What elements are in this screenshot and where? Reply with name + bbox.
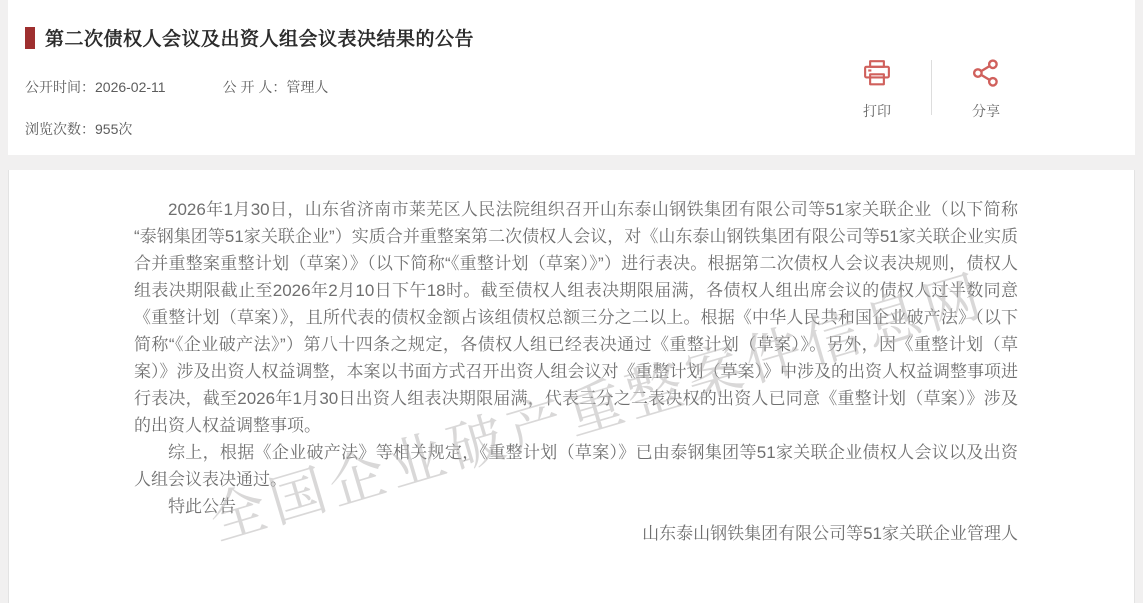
publisher-value: 管理人 [286,79,328,95]
publish-time-value: 2026-02-11 [95,79,166,95]
meta-row-2: 浏览次数：955次 [25,119,1135,139]
announcement-body-panel: 全国企业破产重整案件信息网 2026年1月30日，山东省济南市莱芜区人民法院组织… [8,170,1135,603]
announcement-text: 2026年1月30日，山东省济南市莱芜区人民法院组织召开山东泰山钢铁集团有限公司… [134,170,1018,547]
title-bullet-marker [25,27,35,49]
share-nodes-icon [971,58,1001,88]
paragraph-1: 2026年1月30日，山东省济南市莱芜区人民法院组织召开山东泰山钢铁集团有限公司… [134,196,1018,439]
publisher: 公 开 人：管理人 [223,77,329,97]
title-row: 第二次债权人会议及出资人组会议表决结果的公告 [25,24,1135,51]
announcement-page: { "page": { "background_color": "#f1f0f0… [0,0,1143,603]
view-count-value: 955次 [95,121,132,137]
announcement-header: 第二次债权人会议及出资人组会议表决结果的公告 公开时间：2026-02-11 公… [8,0,1135,155]
share-label: 分享 [972,101,1000,121]
signature-line: 山东泰山钢铁集团有限公司等51家关联企业管理人 [134,520,1018,547]
view-count: 浏览次数：955次 [25,119,132,139]
view-count-label: 浏览次数： [25,121,95,137]
page-title: 第二次债权人会议及出资人组会议表决结果的公告 [45,24,474,51]
publish-time: 公开时间：2026-02-11 [25,77,166,97]
publish-time-label: 公开时间： [25,79,95,95]
paragraph-3: 特此公告 [134,493,1018,520]
printer-icon [862,58,892,88]
share-button[interactable]: 分享 [932,58,1040,121]
publisher-label: 公 开 人： [223,79,287,95]
print-button[interactable]: 打印 [823,58,931,121]
print-label: 打印 [863,101,891,121]
paragraph-2: 综上，根据《企业破产法》等相关规定，《重整计划（草案）》已由泰钢集团等51家关联… [134,439,1018,493]
header-actions: 打印 分享 [823,58,1040,121]
